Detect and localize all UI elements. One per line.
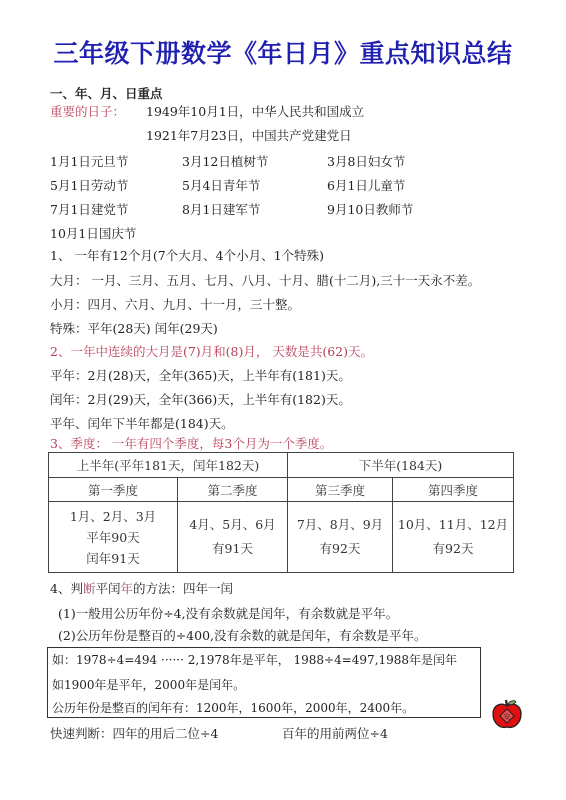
holiday: 6月1日儿童节 <box>327 176 405 194</box>
special-month: 特殊：平年(28天) 闰年(29天) <box>50 321 218 337</box>
quarter-header: 第二季度 <box>178 478 288 502</box>
quarter-header: 第四季度 <box>393 478 514 502</box>
page-title: 三年级下册数学《年日月》重点知识总结 <box>0 34 566 70</box>
quarter-days: 有91天 <box>178 537 287 561</box>
holiday: 8月1日建军节 <box>182 200 260 218</box>
quarter-cell: 1月、2月、3月 平年90天 闰年91天 <box>49 502 178 573</box>
svg-text:安: 安 <box>504 712 511 721</box>
point4-heading: 4、判断平闰年的方法：四年一闰 <box>50 581 233 597</box>
quarter-months: 10月、11月、12月 <box>393 513 513 537</box>
second-half-header: 下半年(184天) <box>288 453 514 478</box>
example-2: 如1900年是平年，2000年是闰年。 <box>52 677 245 693</box>
heading-part: 4、判 <box>50 581 83 596</box>
important-date-2: 1921年7月23日，中国共产党建党日 <box>146 128 352 144</box>
point1-heading: 1、 一年有12个月(7个大月、4个小月、1个特殊) <box>50 248 324 264</box>
holiday: 10月1日国庆节 <box>50 224 136 242</box>
quarter-cell: 10月、11月、12月 有92天 <box>393 502 514 573</box>
holiday: 7月1日建党节 <box>50 200 128 218</box>
quick-tip-four-years: 快速判断：四年的用后二位÷4 <box>50 726 218 742</box>
holiday: 5月4日青年节 <box>182 176 260 194</box>
leap-year-info: 闰年：2月(29)天，全年(366)天，上半年有(182)天。 <box>50 392 351 408</box>
big-months: 大月： 一月、三月、五月、七月、八月、十月、腊(十二月),三十一天永不差。 <box>50 273 480 289</box>
section-heading: 一、年、月、日重点 <box>50 86 163 102</box>
quarter-cell: 7月、8月、9月 有92天 <box>288 502 393 573</box>
heading-part: 年 <box>120 581 133 596</box>
second-half-info: 平年、闰年下半年都是(184)天。 <box>50 416 234 432</box>
small-months: 小月：四月、六月、九月、十一月，三十整。 <box>50 297 300 313</box>
holiday: 1月1日元旦节 <box>50 152 128 170</box>
important-dates-label: 重要的日子： <box>50 104 125 120</box>
example-1: 如：1978÷4=494 ······ 2,1978年是平年， 1988÷4=4… <box>52 652 457 668</box>
quarter-header: 第三季度 <box>288 478 393 502</box>
quarter-table: 上半年(平年181天，闰年182天) 下半年(184天) 第一季度 第二季度 第… <box>48 452 514 573</box>
point2-heading: 2、一年中连续的大月是(7)月和(8)月， 天数是共(62)天。 <box>50 344 373 360</box>
important-date-1: 1949年10月1日，中华人民共和国成立 <box>146 104 364 120</box>
quarter-days: 闰年91天 <box>49 548 177 569</box>
first-half-header: 上半年(平年181天，闰年182天) <box>49 453 288 478</box>
holiday: 3月8日妇女节 <box>327 152 405 170</box>
heading-part: 的方法：四年一闰 <box>133 581 233 596</box>
common-year-info: 平年：2月(28)天，全年(365)天，上半年有(181)天。 <box>50 368 351 384</box>
heading-part: 断 <box>83 581 96 596</box>
rule-1: (1)一般用公历年份÷4,没有余数就是闰年，有余数就是平年。 <box>58 606 398 622</box>
holiday: 3月12日植树节 <box>182 152 268 170</box>
quarter-header: 第一季度 <box>49 478 178 502</box>
quarter-days: 有92天 <box>288 537 392 561</box>
quarter-months: 4月、5月、6月 <box>178 513 287 537</box>
holiday: 5月1日劳动节 <box>50 176 128 194</box>
example-3: 公历年份是整百的闰年有：1200年，1600年，2000年，2400年。 <box>52 700 414 716</box>
quarter-days: 平年90天 <box>49 527 177 548</box>
quarter-cell: 4月、5月、6月 有91天 <box>178 502 288 573</box>
point3-heading: 3、季度： 一年有四个季度，每3个月为一个季度。 <box>50 436 332 452</box>
quick-tip-century: 百年的用前两位÷4 <box>282 726 388 742</box>
quarter-days: 有92天 <box>393 537 513 561</box>
rule-2: (2)公历年份是整百的÷400,没有余数的就是闰年，有余数是平年。 <box>58 628 427 644</box>
quarter-months: 7月、8月、9月 <box>288 513 392 537</box>
holiday: 9月10日教师节 <box>327 200 413 218</box>
apple-icon: 安 <box>490 697 524 731</box>
heading-part: 平闰 <box>95 581 120 596</box>
quarter-months: 1月、2月、3月 <box>49 506 177 527</box>
